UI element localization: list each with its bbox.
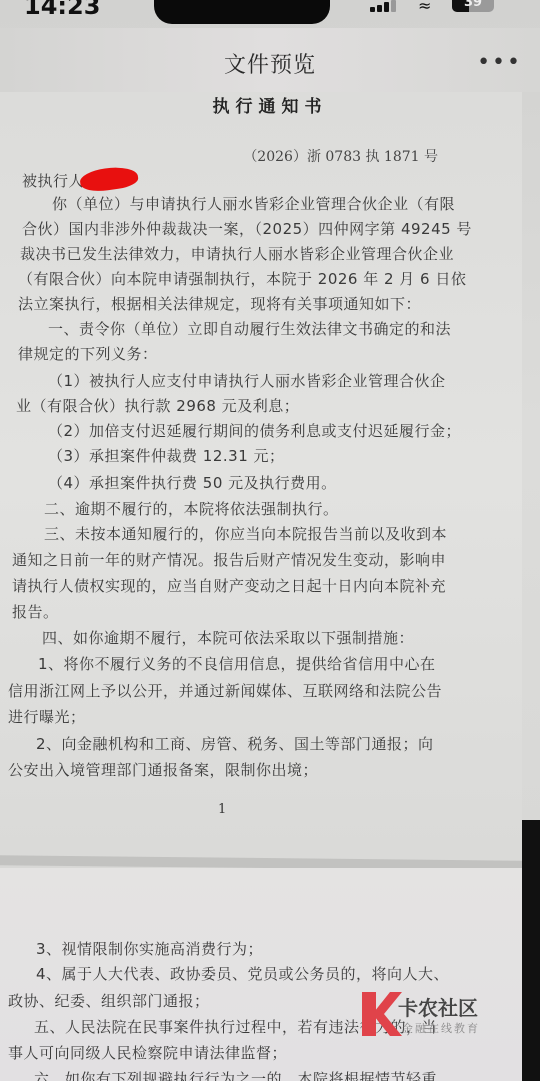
document-text-line: 三、未按本通知履行的，你应当向本院报告当前以及收到本 [44, 523, 447, 544]
case-number: （2026）浙 0783 执 1871 号 [243, 146, 438, 166]
document-text-line: 法立案执行，根据相关法律规定，现将有关事项通知如下： [18, 293, 421, 314]
status-time: 14:23 [24, 0, 100, 20]
document-text-line: 六、如你有下列规避执行行为之一的，本院将根据情节轻重 [34, 1068, 437, 1081]
watermark-logo-icon [362, 992, 402, 1036]
status-bar: 14:23 ≈ 39 [0, 0, 540, 28]
document-text-line: （2）加倍支付迟延履行期间的债务利息或支付迟延履行金； [48, 420, 461, 441]
document-text-line: 业（有限合伙）执行款 2968 元及利息； [16, 395, 299, 416]
document-text-line: （有限合伙）向本院申请强制执行，本院于 2026 年 2 月 6 日依 [18, 268, 466, 289]
phone-screen: 14:23 ≈ 39 文件预览 ••• 执行通知书 （2026）浙 0783 执… [0, 0, 540, 1081]
document-text-line: 公安出入境管理部门通报备案，限制你出境； [8, 759, 318, 780]
document-text-line: 你（单位）与申请执行人丽水皆彩企业管理合伙企业（有限 [52, 193, 455, 214]
document-text-line: 1、将你不履行义务的不良信用信息，提供给省信用中心在 [38, 653, 436, 674]
document-text-line: 2、向金融机构和工商、房管、税务、国土等部门通报；向 [36, 733, 434, 754]
addressee-label: 被执行人 [22, 170, 84, 191]
watermark: 卡农社区 金融在线教育 [362, 992, 512, 1042]
document-text-line: 一、责令你（单位）立即自动履行生效法律文书确定的和法 [48, 318, 451, 339]
document-text-line: 信用浙江网上予以公开，并通过新闻媒体、互联网络和法院公告 [8, 680, 442, 701]
document-text-line: 进行曝光； [8, 706, 86, 727]
document-text-line: （1）被执行人应支付申请执行人丽水皆彩企业管理合伙企 [48, 370, 446, 391]
document-text-line: 律规定的下列义务： [18, 343, 158, 364]
document-text-line: 政协、纪委、组织部门通报； [8, 990, 210, 1011]
page-number: 1 [218, 802, 226, 817]
document-text-line: 合伙）国内非涉外仲裁裁决一案，（2025）四仲网字第 49245 号 [22, 218, 472, 239]
document-text-line: 3、视情限制你实施高消费行为； [36, 938, 263, 959]
document-text-line: 四、如你逾期不履行，本院可依法采取以下强制措施： [42, 627, 414, 648]
document-text-line: 二、逾期不履行的，本院将依法强制执行。 [44, 498, 339, 519]
device-edge [522, 820, 540, 1081]
document-text-line: 裁决书已发生法律效力，申请执行人丽水皆彩企业管理合伙企业 [20, 243, 454, 264]
document-text-line: 报告。 [12, 601, 59, 622]
wifi-icon: ≈ [418, 0, 431, 15]
document-text-line: 事人可向同级人民检察院申请法律监督； [8, 1042, 287, 1063]
document-text-line: （4）承担案件执行费 50 元及执行费用。 [48, 472, 337, 493]
document-text-line: （3）承担案件仲裁费 12.31 元； [48, 445, 285, 466]
document-text-line: 请执行人债权实现的，应当自财产变动之日起十日内向本院补充 [12, 575, 446, 596]
dynamic-island [154, 0, 330, 24]
more-options-button[interactable]: ••• [477, 50, 522, 75]
watermark-title: 卡农社区 [398, 992, 478, 1021]
battery-level: 39 [452, 0, 494, 10]
page-title: 文件预览 [0, 48, 540, 79]
document-title: 执行通知书 [0, 92, 540, 117]
battery-icon: 39 [452, 0, 494, 12]
watermark-subtitle: 金融在线教育 [402, 1020, 480, 1036]
document-text-line: 通知之日前一年的财产情况。报告后财产情况发生变动，影响申 [12, 549, 446, 570]
document-text-line: 4、属于人大代表、政协委员、党员或公务员的，将向人大、 [36, 963, 449, 984]
nav-bar: 文件预览 ••• [0, 28, 540, 92]
cellular-signal-icon [370, 0, 404, 12]
